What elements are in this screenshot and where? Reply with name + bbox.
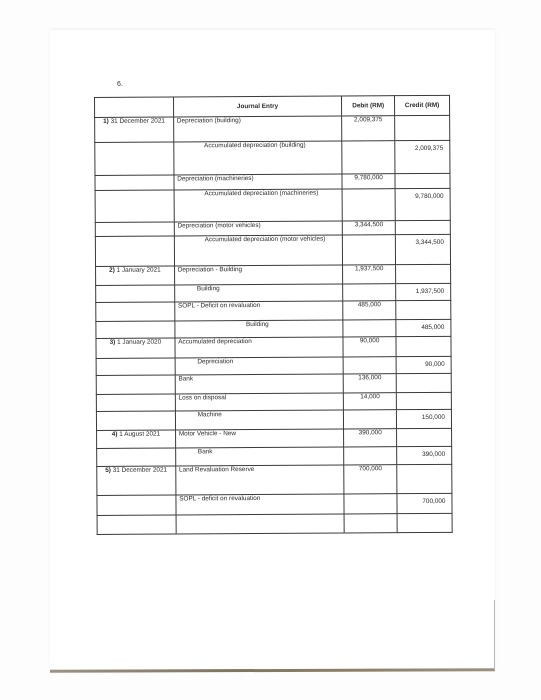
date-text: 1 January 2021 xyxy=(117,267,161,274)
table-row: Building1,937,500 xyxy=(96,283,451,302)
entry-date: 2) 1 January 2021 xyxy=(96,266,175,285)
credit-amount xyxy=(395,115,450,140)
debit-amount: 485,000 xyxy=(343,301,396,320)
entry-date xyxy=(95,142,174,175)
debit-amount: 390,000 xyxy=(344,429,397,447)
date-text: 1 January 2020 xyxy=(117,339,161,346)
entry-date: 3) 1 January 2020 xyxy=(96,338,175,358)
debit-amount: 9,780,000 xyxy=(342,174,395,189)
entry-date: 1) 31 December 2021 xyxy=(95,117,174,142)
account-name: Depreciation (motor vehicles) xyxy=(174,221,343,236)
debit-amount: 3,344,500 xyxy=(342,221,395,235)
account-name: Accumulated depreciation xyxy=(175,337,344,358)
entry-number: 1) xyxy=(103,118,109,125)
credit-amount xyxy=(395,220,450,234)
debit-amount: 90,000 xyxy=(343,337,396,357)
entry-date xyxy=(97,448,176,466)
entry-number: 4) xyxy=(112,431,118,438)
entry-number: 5) xyxy=(105,467,111,474)
table-row: Accumulated depreciation (motor vehicles… xyxy=(95,234,450,266)
account-name: Bank xyxy=(175,447,344,466)
table-header-row: Journal Entry Debit (RM) Credit (RM) xyxy=(95,95,450,117)
entry-number: 2) xyxy=(109,267,115,274)
credit-amount: 3,344,500 xyxy=(395,234,450,264)
credit-amount xyxy=(396,373,451,392)
entry-date xyxy=(96,394,175,411)
credit-amount xyxy=(396,392,451,409)
debit-amount xyxy=(344,514,397,533)
account-name: SOPL - Deficit on revaluation xyxy=(175,301,344,321)
question-number: 6. xyxy=(117,81,123,88)
debit-amount xyxy=(343,284,396,301)
header-credit: Credit (RM) xyxy=(395,95,450,115)
debit-amount xyxy=(343,320,396,337)
table-row: Bank136,000 xyxy=(96,373,451,394)
entry-date xyxy=(95,222,174,236)
table-row: 3) 1 January 2020Accumulated depreciatio… xyxy=(96,336,451,358)
debit-amount: 136,000 xyxy=(343,374,396,393)
debit-amount xyxy=(343,235,396,265)
entry-date xyxy=(96,375,175,394)
table-row: 2) 1 January 2021Depreciation - Building… xyxy=(96,264,451,285)
account-name: Depreciation (machineries) xyxy=(174,174,343,190)
credit-amount: 2,009,375 xyxy=(395,140,450,173)
table-row: Building485,000 xyxy=(96,319,451,338)
header-date xyxy=(95,97,174,117)
entry-date xyxy=(96,302,175,321)
entry-date xyxy=(96,411,175,430)
account-name: Depreciation - Building xyxy=(174,265,343,285)
entry-date xyxy=(95,190,174,222)
entry-date xyxy=(96,321,175,338)
table-row: Bank390,000 xyxy=(97,446,452,466)
credit-amount: 150,000 xyxy=(396,409,451,428)
debit-amount xyxy=(342,189,395,221)
journal-entry-table: Journal Entry Debit (RM) Credit (RM) 1) … xyxy=(94,95,453,535)
table-row: Machine150,000 xyxy=(96,409,451,430)
credit-amount xyxy=(396,300,451,319)
account-name: Motor Vehicle - New xyxy=(175,429,344,448)
credit-amount xyxy=(397,464,452,493)
credit-amount xyxy=(397,513,452,532)
date-text: 1 August 2021 xyxy=(119,431,160,438)
entry-date xyxy=(96,358,175,375)
debit-amount: 1,937,500 xyxy=(343,265,396,284)
debit-amount xyxy=(343,357,396,374)
debit-amount xyxy=(344,494,397,514)
account-name: Loss on disposal xyxy=(175,393,344,411)
table-row: 4) 1 August 2021Motor Vehicle - New390,0… xyxy=(97,428,452,448)
date-text: 31 December 2021 xyxy=(111,118,165,125)
account-name: Accumulated depreciation (motor vehicles… xyxy=(174,235,343,266)
debit-amount: 2,009,375 xyxy=(342,116,395,141)
account-name: Accumulated depreciation (machineries) xyxy=(174,189,343,222)
account-name: Depreciation xyxy=(175,357,344,375)
table-row: Loss on disposal14,000 xyxy=(96,392,451,411)
credit-amount: 485,000 xyxy=(396,319,451,336)
table-row: SOPL - deficit on revaluation700,000 xyxy=(97,493,452,515)
debit-amount xyxy=(344,447,397,465)
credit-amount xyxy=(395,173,450,188)
table-row: 1) 31 December 2021Depreciation (buildin… xyxy=(95,115,450,142)
entry-date xyxy=(96,285,175,302)
paper-edge xyxy=(50,668,495,673)
entry-date xyxy=(95,236,174,266)
account-name: SOPL - deficit on revaluation xyxy=(176,494,345,515)
credit-amount xyxy=(396,336,451,356)
account-name: Accumulated depreciation (building) xyxy=(174,141,343,175)
credit-amount: 1,937,500 xyxy=(396,283,451,300)
table-row: Accumulated depreciation (machineries)9,… xyxy=(95,188,450,222)
account-name: Bank xyxy=(175,374,344,394)
debit-amount xyxy=(344,410,397,429)
paper-edge-right xyxy=(494,600,495,670)
date-text: 31 December 2021 xyxy=(113,467,167,474)
table-row: 5) 31 December 2021Land Revaluation Rese… xyxy=(97,464,452,495)
header-journal-entry: Journal Entry xyxy=(173,96,342,117)
credit-amount: 9,780,000 xyxy=(395,188,450,220)
entry-date: 5) 31 December 2021 xyxy=(97,466,176,495)
account-name xyxy=(176,514,345,534)
account-name: Machine xyxy=(175,410,344,430)
debit-amount: 14,000 xyxy=(344,393,397,410)
header-debit: Debit (RM) xyxy=(342,96,395,116)
account-name: Building xyxy=(174,284,343,302)
credit-amount: 90,000 xyxy=(396,356,451,373)
table-row: SOPL - Deficit on revaluation485,000 xyxy=(96,300,451,321)
table-row: Accumulated depreciation (building)2,009… xyxy=(95,140,450,175)
account-name: Land Revaluation Reserve xyxy=(176,465,345,495)
credit-amount xyxy=(397,428,452,446)
table-row xyxy=(97,513,452,534)
debit-amount: 700,000 xyxy=(344,465,397,494)
entry-date xyxy=(97,495,176,515)
entry-number: 3) xyxy=(110,339,116,346)
credit-amount xyxy=(396,264,451,283)
account-name: Building xyxy=(175,320,344,338)
account-name: Depreciation (building) xyxy=(173,116,342,142)
debit-amount xyxy=(342,141,395,174)
entry-date xyxy=(95,175,174,190)
entry-date xyxy=(97,515,176,534)
table-row: Depreciation90,000 xyxy=(96,356,451,375)
credit-amount: 390,000 xyxy=(397,446,452,464)
entry-date: 4) 1 August 2021 xyxy=(97,430,176,448)
credit-amount: 700,000 xyxy=(397,493,452,513)
